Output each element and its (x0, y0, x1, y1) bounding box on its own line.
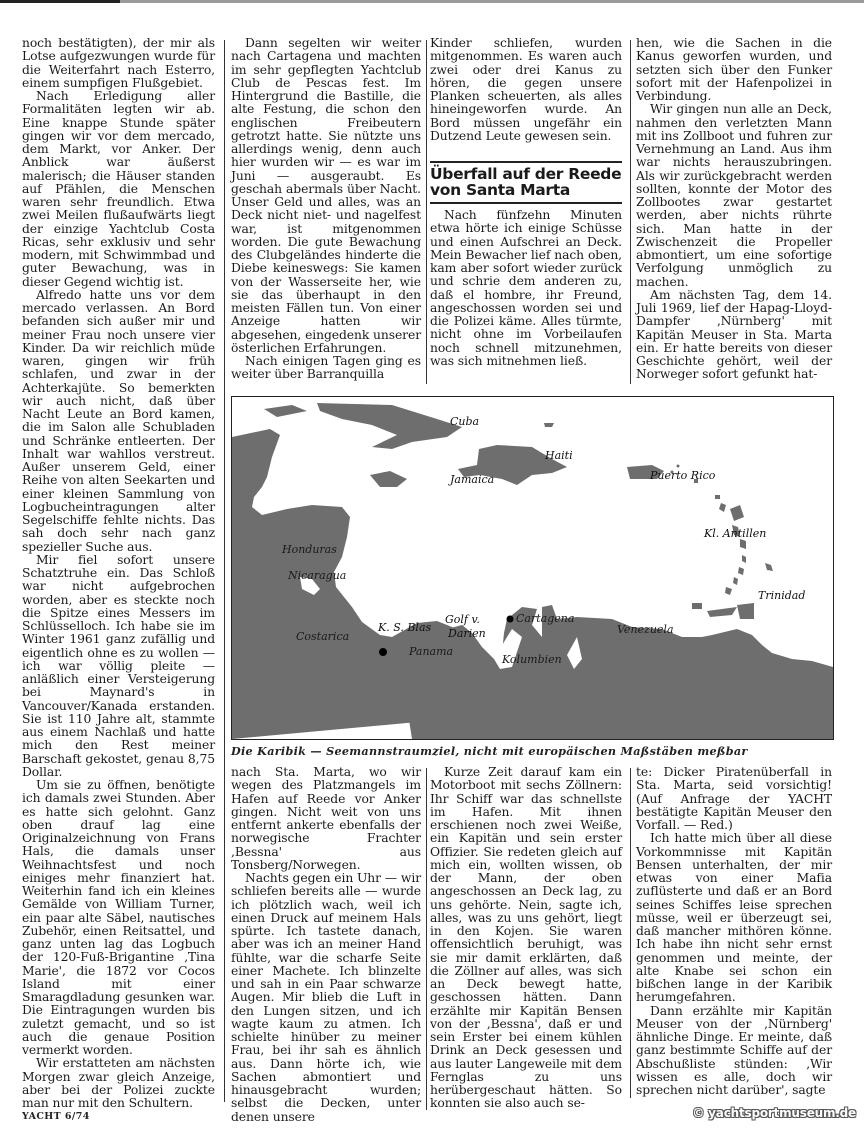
article-column-3: Kinder schliefen, wurden mitgenommen. Es… (430, 37, 622, 368)
section-headline-box: Überfall auf der Reede von Santa Marta (430, 161, 622, 204)
map-label-cartagena: Cartagena (516, 612, 574, 625)
scan-top-edge (0, 0, 864, 3)
copyright-watermark: © yachtsportmuseum.de (692, 1106, 856, 1120)
column-rule (630, 768, 631, 1098)
map-caption: Die Karibik — Seemannstraumziel, nicht m… (231, 744, 748, 758)
article-column-1: noch bestätigten), der mir als Lotse auf… (22, 37, 215, 1110)
paragraph: Um sie zu öffnen, benötigte ich damals z… (22, 779, 215, 1057)
column-rule (224, 384, 225, 1102)
map-label-nicaragua: Nicaragua (288, 569, 346, 582)
paragraph: nach Sta. Marta, wo wir wegen des Platzm… (231, 766, 421, 872)
column-rule (224, 40, 225, 384)
map-label-jamaica: Jamaica (450, 473, 494, 486)
column-rule (426, 768, 427, 1110)
paragraph: Alfredo hatte uns vor dem mercado verlas… (22, 289, 215, 554)
map-label-puerto-rico: Puerto Rico (650, 469, 715, 482)
paragraph: Nach Erledigung aller Formalitäten legte… (22, 90, 215, 289)
paragraph: Ich hatte mich über all diese Vorkommnis… (636, 832, 832, 1004)
map-landmass-graphic (232, 397, 833, 739)
map-label-golf: Golf v. (445, 613, 480, 626)
map-label-kolumbien: Kolumbien (502, 653, 562, 666)
article-column-7: te: Dicker Piratenüberfall in Sta. Marta… (636, 766, 832, 1097)
column-rule (630, 40, 631, 384)
map-label-costarica: Costarica (296, 630, 349, 643)
paragraph: Nach fünfzehn Minuten etwa hörte ich ein… (430, 209, 622, 368)
section-headline: Überfall auf der Reede von Santa Marta (430, 161, 622, 204)
paragraph: Wir erstatteten am nächsten Morgen zwar … (22, 1057, 215, 1110)
paragraph: Kinder schliefen, wurden mitgenommen. Es… (430, 37, 622, 143)
paragraph: Mir fiel sofort unsere Schatztruhe ein. … (22, 554, 215, 779)
caribbean-map: Cuba Haiti Jamaica Puerto Rico Kl. Antil… (231, 396, 834, 740)
map-label-trinidad: Trinidad (758, 589, 805, 602)
paragraph: Wir gingen nun alle an Deck, nahmen den … (636, 103, 832, 289)
paragraph: Dann erzählte mir Kapitän Meuser von der… (636, 1005, 832, 1098)
article-column-6: Kurze Zeit darauf kam ein Motorboot mit … (430, 766, 622, 1111)
cartagena-marker (507, 616, 514, 623)
paragraph: te: Dicker Piratenüberfall in Sta. Marta… (636, 766, 832, 832)
page-footer-issue: YACHT 6/74 (22, 1111, 90, 1122)
paragraph: Nachts gegen ein Uhr — wir schliefen ber… (231, 872, 421, 1124)
article-column-2: Dann segelten wir weiter nach Cartagena … (231, 37, 421, 382)
map-label-cuba: Cuba (450, 415, 479, 428)
article-column-4: hen, wie die Sachen in die Kanus geworfe… (636, 37, 832, 382)
paragraph: Dann segelten wir weiter nach Cartagena … (231, 37, 421, 355)
map-label-panama: Panama (409, 645, 453, 658)
paragraph: Am nächsten Tag, dem 14. Juli 1969, lief… (636, 289, 832, 382)
paragraph: Kurze Zeit darauf kam ein Motorboot mit … (430, 766, 622, 1111)
map-label-kl-antillen: Kl. Antillen (704, 527, 766, 540)
ks-blas-marker (379, 648, 387, 656)
map-label-ks-blas: K. S. Blas (378, 621, 431, 634)
map-label-venezuela: Venezuela (617, 623, 674, 636)
map-label-darien: Darien (448, 627, 486, 640)
article-column-5: nach Sta. Marta, wo wir wegen des Platzm… (231, 766, 421, 1124)
column-rule (426, 40, 427, 384)
map-label-honduras: Honduras (282, 543, 337, 556)
paragraph: hen, wie die Sachen in die Kanus geworfe… (636, 37, 832, 103)
map-label-haiti: Haiti (545, 449, 573, 462)
paragraph: noch bestätigten), der mir als Lotse auf… (22, 37, 215, 90)
paragraph: Nach einigen Tagen ging es weiter über B… (231, 355, 421, 382)
